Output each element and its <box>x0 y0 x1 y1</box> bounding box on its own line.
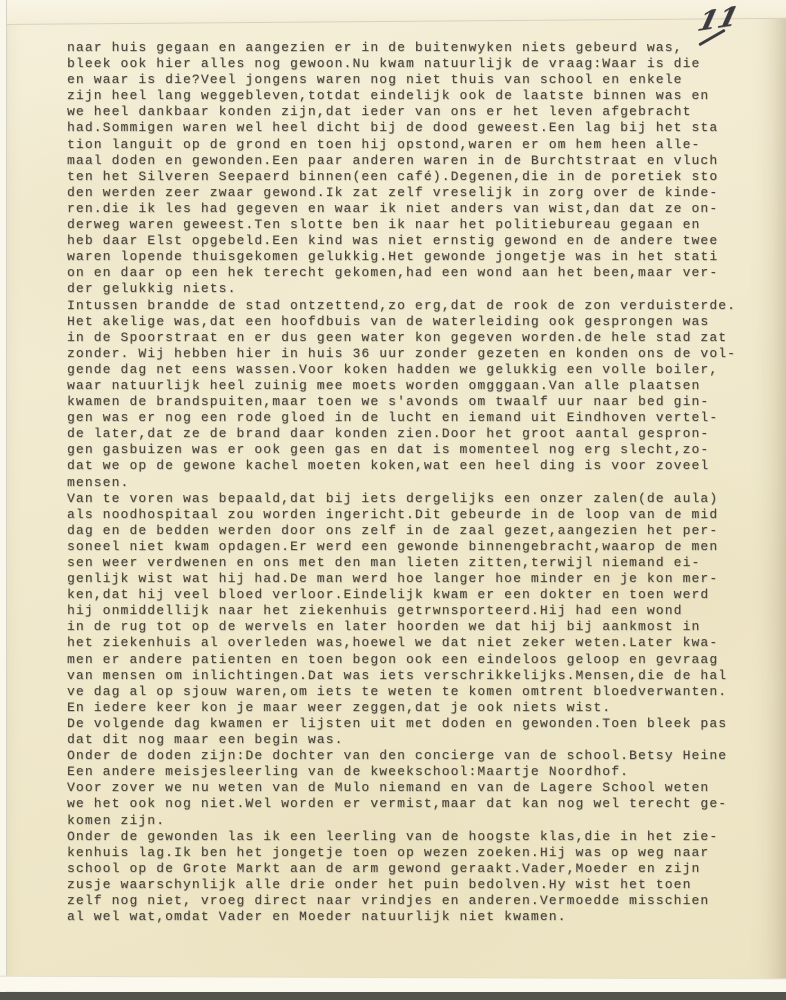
typewritten-text-block: naar huis gegaan en aangezien er in de b… <box>67 40 773 925</box>
paragraph: Onder de doden zijn:De dochter van den c… <box>67 748 773 764</box>
paragraph: De volgende dag kwamen er lijsten uit me… <box>67 716 773 748</box>
paragraph: Intussen brandde de stad ontzettend,zo e… <box>67 298 773 491</box>
scan-background-strip <box>0 992 786 1000</box>
paragraph: Onder de gewonden las ik een leerling va… <box>67 829 773 926</box>
paper-sheet: 11 naar huis gegaan en aangezien er in d… <box>0 0 786 1000</box>
paragraph: Voor zover we nu weten van de Mulo niema… <box>67 780 773 828</box>
handwritten-page-number: 11 <box>699 5 745 45</box>
paper-top-edge <box>0 0 786 25</box>
paragraph: Van te voren was bepaald,dat bij iets de… <box>67 491 773 716</box>
paragraph: Een andere meisjesleerling van de kweeks… <box>67 764 773 780</box>
paragraph: naar huis gegaan en aangezien er in de b… <box>67 40 773 298</box>
paper-left-edge <box>0 0 7 1000</box>
scanned-document-page: 11 naar huis gegaan en aangezien er in d… <box>0 0 786 1000</box>
